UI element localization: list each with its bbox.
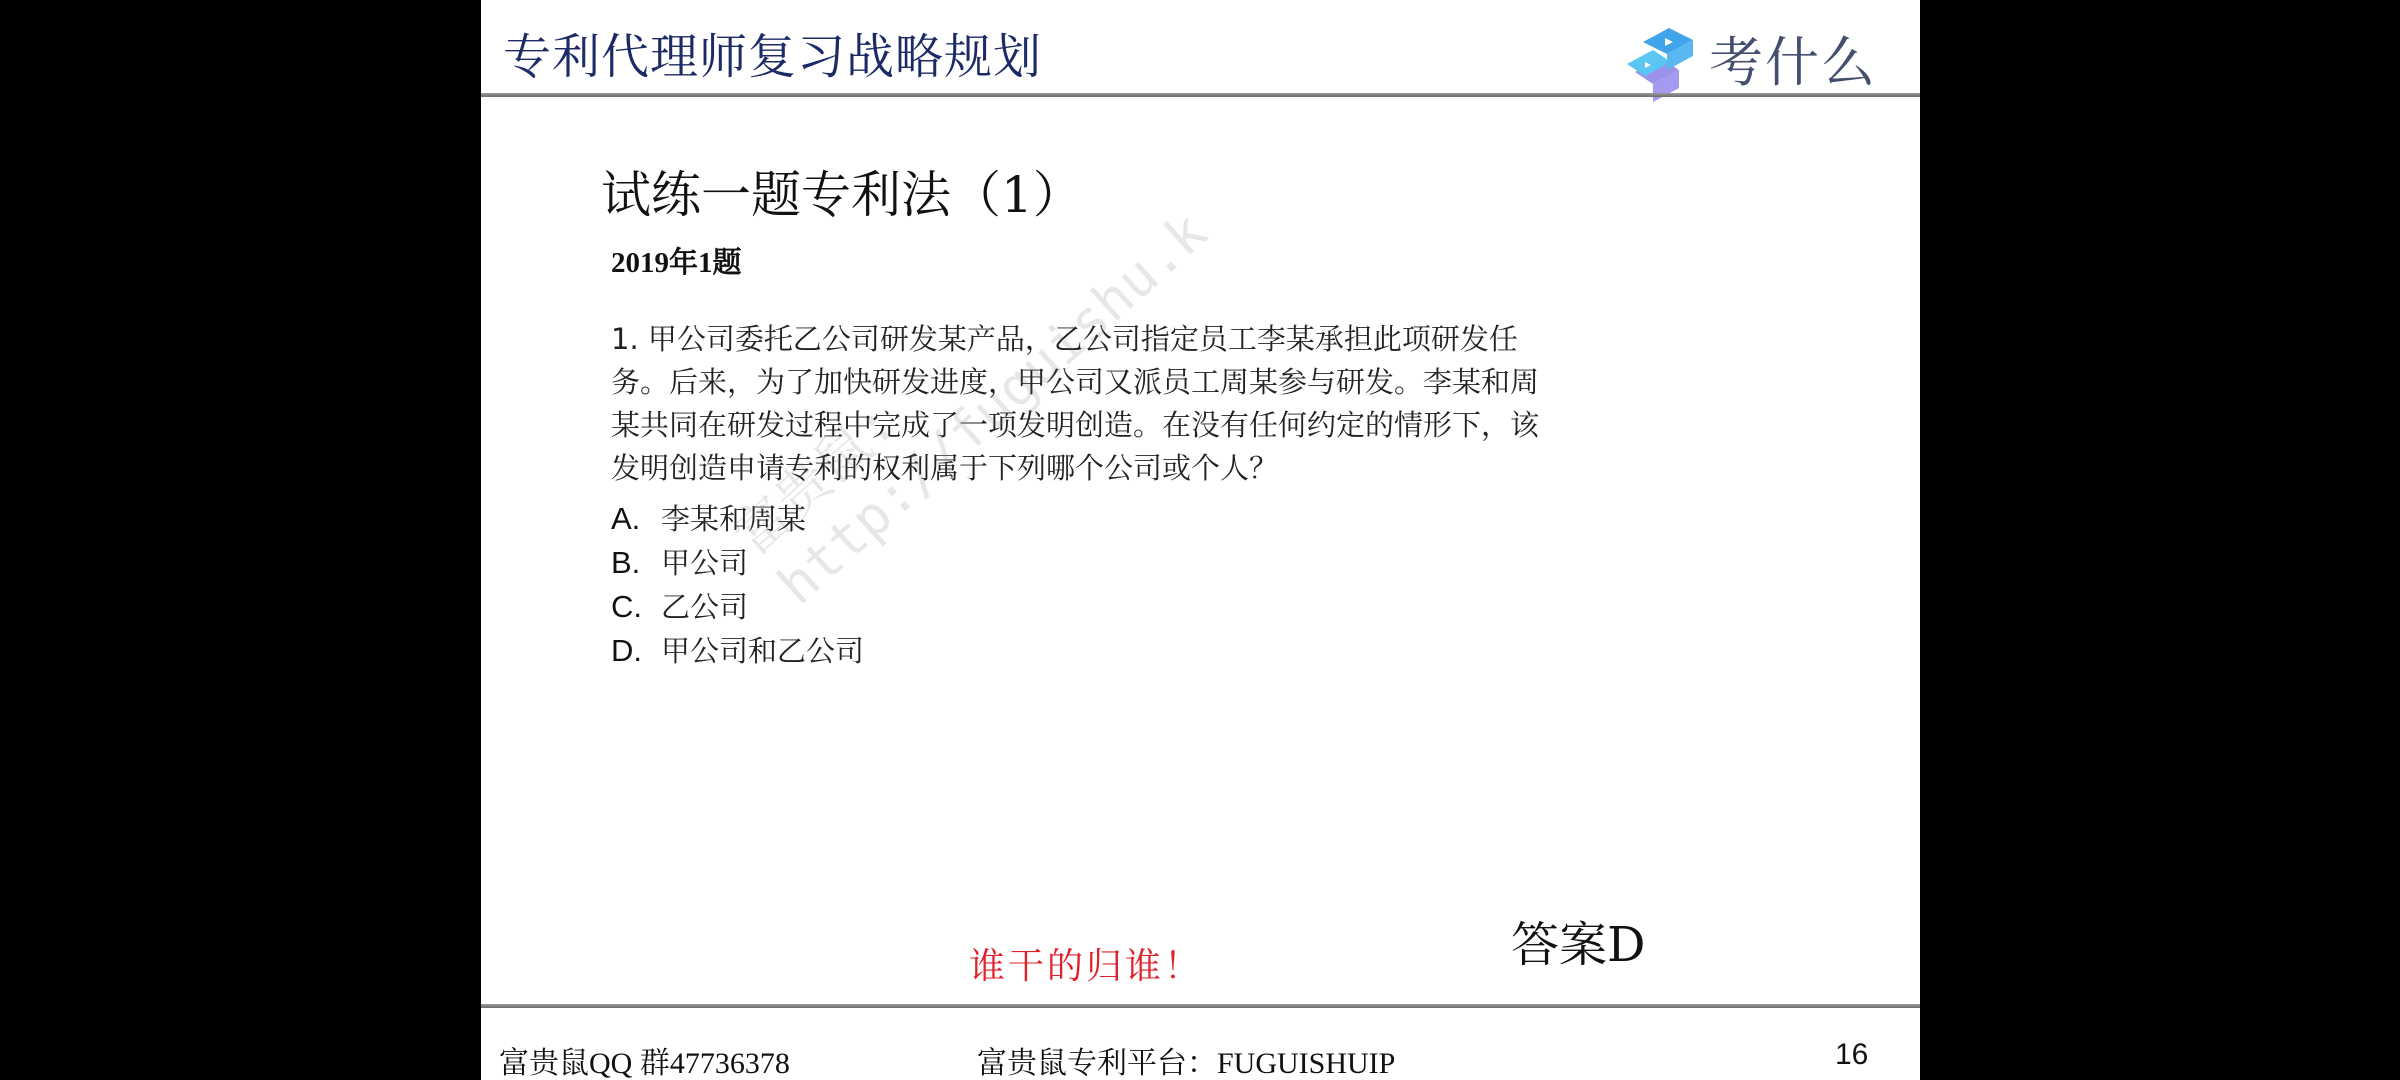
footer-platform: 富贵鼠专利平台：FUGUISHUIP [977, 1038, 1395, 1080]
option-letter: A. [611, 497, 661, 540]
option-d: D.甲公司和乙公司 [611, 629, 864, 673]
option-c: C.乙公司 [611, 585, 864, 629]
footer-qq-group: 富贵鼠QQ 群47736378 [499, 1038, 790, 1080]
brand-logo-text: 考什么 [1709, 20, 1877, 97]
slide-header-title: 专利代理师复习战略规划 [503, 18, 1042, 87]
presentation-slide: 专利代理师复习战略规划 考什么 试练一题专利法（1） 2019年1题 1. 甲公… [481, 0, 1920, 1080]
option-a: A.李某和周某 [611, 497, 864, 541]
answer-options: A.李某和周某 B.甲公司 C.乙公司 D.甲公司和乙公司 [611, 497, 864, 673]
answer-text: 答案D [1511, 906, 1646, 975]
question-line: 某共同在研发过程中完成了一项发明创造。在没有任何约定的情形下，该 [611, 404, 1791, 447]
brand-logo: 考什么 [1621, 14, 1881, 94]
hint-text: 谁干的归谁！ [969, 938, 1203, 989]
question-text: 1. 甲公司委托乙公司研发某产品，乙公司指定员工李某承担此项研发任 务。后来，为… [611, 318, 1791, 490]
option-text: 李某和周某 [661, 502, 806, 536]
question-line: 务。后来，为了加快研发进度，甲公司又派员工周某参与研发。李某和周 [611, 361, 1791, 404]
video-player-frame: 专利代理师复习战略规划 考什么 试练一题专利法（1） 2019年1题 1. 甲公… [0, 0, 2400, 1080]
option-letter: D. [611, 629, 661, 672]
header-divider [481, 93, 1920, 97]
option-text: 甲公司和乙公司 [661, 634, 864, 668]
option-text: 乙公司 [661, 590, 748, 624]
option-text: 甲公司 [661, 546, 748, 580]
section-title: 试练一题专利法（1） [601, 155, 1083, 227]
page-number: 16 [1835, 1038, 1868, 1072]
question-line: 发明创造申请专利的权利属于下列哪个公司或个人？ [611, 447, 1791, 490]
option-b: B.甲公司 [611, 541, 864, 585]
question-line: 1. 甲公司委托乙公司研发某产品，乙公司指定员工李某承担此项研发任 [611, 318, 1791, 361]
footer-divider [481, 1004, 1920, 1008]
option-letter: B. [611, 541, 661, 584]
option-letter: C. [611, 585, 661, 628]
question-source: 2019年1题 [611, 240, 742, 281]
